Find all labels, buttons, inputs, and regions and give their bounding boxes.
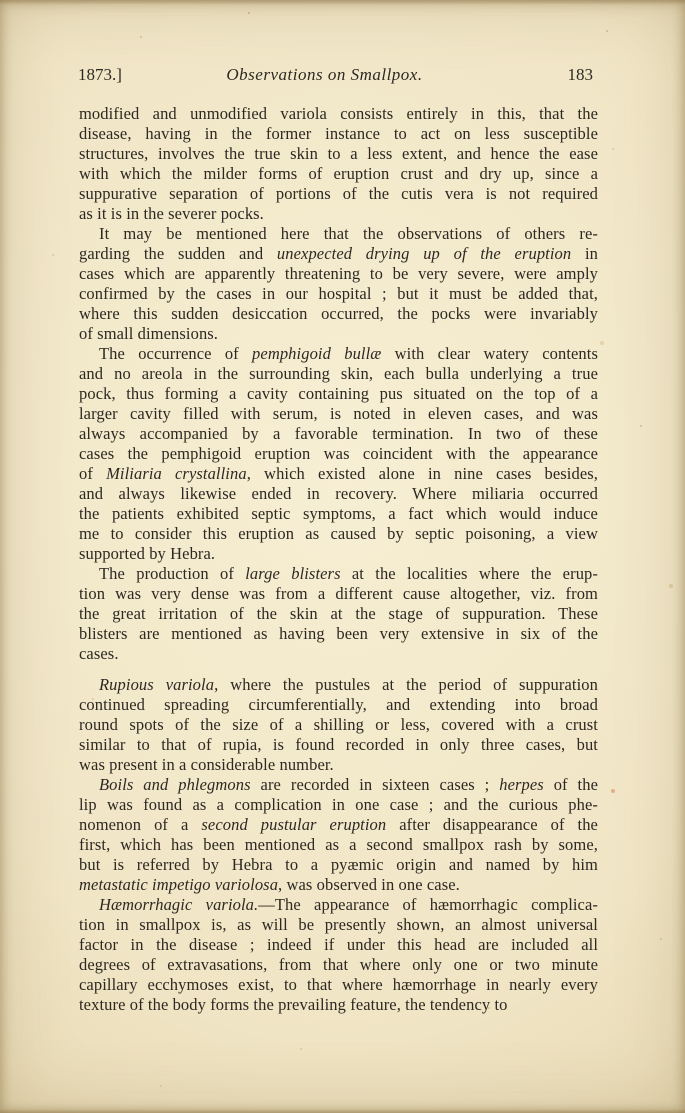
body-text: , where the pustules at the period of su… <box>214 675 598 694</box>
text-line: disease, having in the former instance t… <box>79 124 598 144</box>
body-text: of small dimensions. <box>79 324 218 343</box>
italic-text: unexpected drying up of the eruption <box>277 244 571 263</box>
italic-text: large blisters <box>245 564 340 583</box>
body-text: with clear watery contents <box>381 344 598 363</box>
page-number: 183 <box>568 64 594 86</box>
text-line: garding the sudden and unexpected drying… <box>79 244 598 264</box>
text-line: blisters are mentioned as having been ve… <box>79 624 598 644</box>
text-line: nomenon of a second pustular eruption af… <box>79 815 598 835</box>
body-text: factor in the disease ; indeed if under … <box>79 935 598 954</box>
body-text: cases which are apparently threatening t… <box>79 264 598 283</box>
body-text: disease, having in the former instance t… <box>79 124 598 143</box>
body-text: structures, involves the true skin to a … <box>79 144 598 163</box>
scanned-book-page: 1873.] Observations on Smallpox. 183 mod… <box>0 0 685 1113</box>
running-title: Observations on Smallpox. <box>64 64 585 86</box>
text-line: factor in the disease ; indeed if under … <box>79 935 598 955</box>
body-text: cases. <box>79 644 119 663</box>
body-text: The occurrence of <box>99 344 252 363</box>
text-line: pock, thus forming a cavity containing p… <box>79 384 598 404</box>
body-text: tion was very dense was from a different… <box>79 584 598 603</box>
italic-text: Rupious variola <box>99 675 214 694</box>
paragraph: The production of large blisters at the … <box>79 564 598 664</box>
text-line: cases which are apparently threatening t… <box>79 264 598 284</box>
text-block: modified and unmodified variola consists… <box>79 104 598 1015</box>
page-header: 1873.] Observations on Smallpox. 183 <box>78 64 599 86</box>
text-line: Hæmorrhagic variola.—The appearance of h… <box>79 895 598 915</box>
italic-text: second pustular eruption <box>201 815 386 834</box>
body-text: nomenon of a <box>79 815 201 834</box>
text-line: confirmed by the cases in our hospital ;… <box>79 284 598 304</box>
body-text: but is referred by Hebra to a pyæmic ori… <box>79 855 598 874</box>
text-line: Boils and phlegmons are recorded in sixt… <box>79 775 598 795</box>
text-line: the great irritation of the skin at the … <box>79 604 598 624</box>
body-text: and no areola in the surrounding skin, e… <box>79 364 598 383</box>
body-text: blisters are mentioned as having been ve… <box>79 624 598 643</box>
text-line: but is referred by Hebra to a pyæmic ori… <box>79 855 598 875</box>
text-line: with which the milder forms of eruption … <box>79 164 598 184</box>
body-text: me to consider this eruption as caused b… <box>79 524 598 543</box>
text-line: similar to that of rupia, is found recor… <box>79 735 598 755</box>
body-text: The production of <box>99 564 245 583</box>
text-line: structures, involves the true skin to a … <box>79 144 598 164</box>
body-text: the great irritation of the skin at the … <box>79 604 598 623</box>
body-text: —The appearance of hæmorrhagic complica- <box>258 895 598 914</box>
text-line: larger cavity filled with serum, is note… <box>79 404 598 424</box>
italic-text: metastatic impetigo variolosa <box>79 875 278 894</box>
body-text: the patients exhibited septic symptoms, … <box>79 504 598 523</box>
text-line: round spots of the size of a shilling or… <box>79 715 598 735</box>
body-text: of <box>79 464 106 483</box>
body-text: of the <box>544 775 598 794</box>
text-line: texture of the body forms the prevailing… <box>79 995 598 1015</box>
text-line: as it is in the severer pocks. <box>79 204 598 224</box>
italic-text: herpes <box>499 775 544 794</box>
body-text: similar to that of rupia, is found recor… <box>79 735 598 754</box>
body-text: at the localities where the erup- <box>341 564 598 583</box>
text-line: tion in smallpox is, as will be presentl… <box>79 915 598 935</box>
body-text: after disappearance of the <box>386 815 598 834</box>
body-text: and always likewise ended in recovery. W… <box>79 484 598 503</box>
text-line: me to consider this eruption as caused b… <box>79 524 598 544</box>
body-text: , which existed alone in nine cases besi… <box>247 464 598 483</box>
text-line: where this sudden desiccation occurred, … <box>79 304 598 324</box>
text-line: was present in a considerable number. <box>79 755 598 775</box>
body-text: supported by Hebra. <box>79 544 215 563</box>
text-line: always accompanied by a favorable termin… <box>79 424 598 444</box>
text-line: The occurrence of pemphigoid bullæ with … <box>79 344 598 364</box>
body-text: , was observed in one case. <box>278 875 460 894</box>
body-text: modified and unmodified variola consists… <box>79 104 598 123</box>
text-line: capillary ecchymoses exist, to that wher… <box>79 975 598 995</box>
text-line: and always likewise ended in recovery. W… <box>79 484 598 504</box>
paragraph: Hæmorrhagic variola.—The appearance of h… <box>79 895 598 1015</box>
text-line: It may be mentioned here that the observ… <box>79 224 598 244</box>
body-text: confirmed by the cases in our hospital ;… <box>79 284 598 303</box>
text-line: The production of large blisters at the … <box>79 564 598 584</box>
italic-text: Boils and phlegmons <box>99 775 251 794</box>
body-text: where this sudden desiccation occurred, … <box>79 304 598 323</box>
body-text: tion in smallpox is, as will be presentl… <box>79 915 598 934</box>
paper-speckles <box>0 0 2 2</box>
body-text: pock, thus forming a cavity containing p… <box>79 384 598 403</box>
body-text: always accompanied by a favorable termin… <box>79 424 598 443</box>
text-line: cases the pemphigoid eruption was coinci… <box>79 444 598 464</box>
italic-text: pemphigoid bullæ <box>252 344 381 363</box>
body-text: as it is in the severer pocks. <box>79 204 264 223</box>
text-line: degrees of extravasations, from that whe… <box>79 955 598 975</box>
body-text: continued spreading circumferentially, a… <box>79 695 598 714</box>
paragraph: Boils and phlegmons are recorded in sixt… <box>79 775 598 895</box>
paragraph: Rupious variola, where the pustules at t… <box>79 675 598 775</box>
body-text: lip was found as a complication in one c… <box>79 795 598 814</box>
body-text: degrees of extravasations, from that whe… <box>79 955 598 974</box>
body-text: texture of the body forms the prevailing… <box>79 995 507 1014</box>
body-text: It may be mentioned here that the observ… <box>99 224 598 243</box>
body-text: first, which has been mentioned as a sec… <box>79 835 598 854</box>
italic-text: Miliaria crystallina <box>106 464 247 483</box>
body-text: cases the pemphigoid eruption was coinci… <box>79 444 598 463</box>
text-line: first, which has been mentioned as a sec… <box>79 835 598 855</box>
body-text: with which the milder forms of eruption … <box>79 164 598 183</box>
paragraph: modified and unmodified variola consists… <box>79 104 598 224</box>
text-line: modified and unmodified variola consists… <box>79 104 598 124</box>
text-line: the patients exhibited septic symptoms, … <box>79 504 598 524</box>
italic-text: Hæmorrhagic variola. <box>99 895 258 914</box>
text-line: supported by Hebra. <box>79 544 598 564</box>
body-text: are recorded in sixteen cases ; <box>251 775 500 794</box>
text-line: continued spreading circumferentially, a… <box>79 695 598 715</box>
body-text: capillary ecchymoses exist, to that wher… <box>79 975 598 994</box>
body-text: in <box>571 244 598 263</box>
paragraph: It may be mentioned here that the observ… <box>79 224 598 344</box>
text-line: lip was found as a complication in one c… <box>79 795 598 815</box>
text-line: of Miliaria crystallina, which existed a… <box>79 464 598 484</box>
text-line: suppurative separation of portions of th… <box>79 184 598 204</box>
text-line: of small dimensions. <box>79 324 598 344</box>
text-line: metastatic impetigo variolosa, was obser… <box>79 875 598 895</box>
paragraph: The occurrence of pemphigoid bullæ with … <box>79 344 598 564</box>
body-text: round spots of the size of a shilling or… <box>79 715 598 734</box>
body-text: garding the sudden and <box>79 244 277 263</box>
text-line: and no areola in the surrounding skin, e… <box>79 364 598 384</box>
body-text: was present in a considerable number. <box>79 755 334 774</box>
text-line: tion was very dense was from a different… <box>79 584 598 604</box>
body-text: suppurative separation of portions of th… <box>79 184 598 203</box>
body-text: larger cavity filled with serum, is note… <box>79 404 598 423</box>
text-line: cases. <box>79 644 598 664</box>
text-line: Rupious variola, where the pustules at t… <box>79 675 598 695</box>
